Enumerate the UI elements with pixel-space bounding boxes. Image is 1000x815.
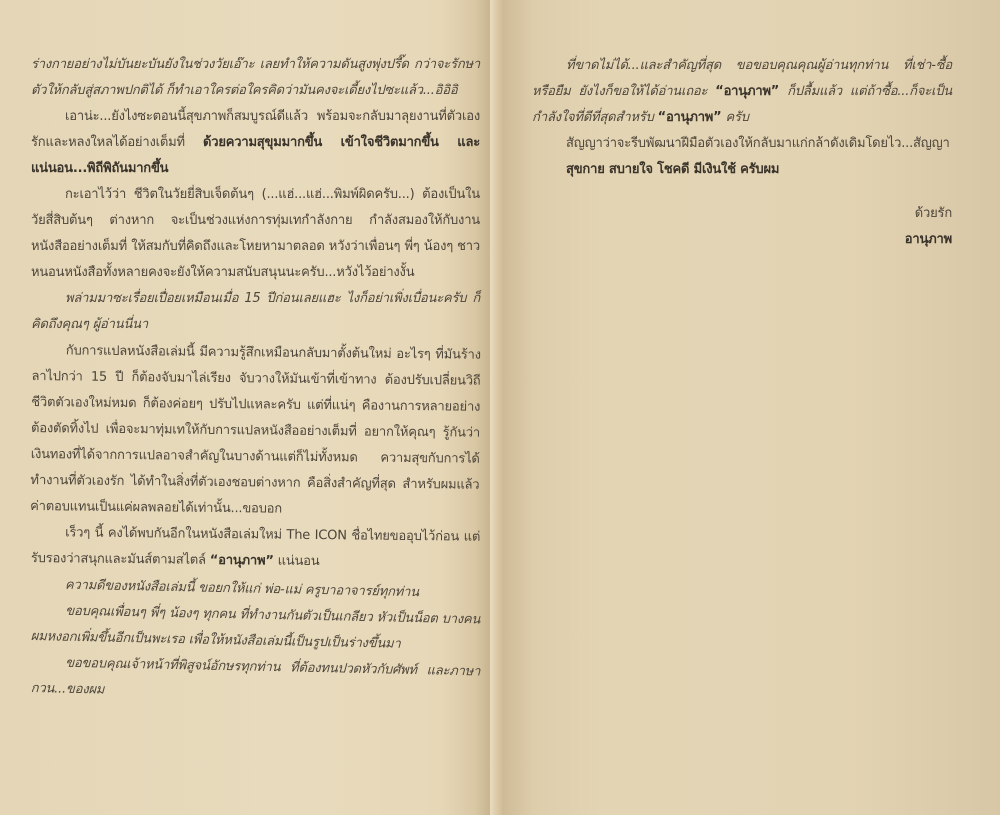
paragraph-text: แน่นอน	[274, 554, 320, 569]
paragraph: กะเอาไว้ว่า ชีวิตในวัยยี่สิบเจ็ดต้นๆ (..…	[31, 182, 480, 286]
paragraph: ขอขอบคุณเจ้าหน้าที่พิสูจน์อักษรทุกท่าน ท…	[30, 650, 480, 711]
paragraph-text: ครับ	[722, 110, 749, 125]
signature: อานุภาพ	[532, 227, 952, 253]
paragraph: ขอบคุณเพื่อนๆ พี่ๆ น้องๆ ทุกคน ที่ทำงานก…	[30, 598, 480, 659]
spacer	[532, 183, 952, 201]
author-name: “อานุภาพ”	[658, 110, 722, 125]
closing-line: ด้วยรัก	[532, 201, 952, 227]
paragraph: กับการแปลหนังสือเล่มนี้ มีความรู้สึกเหมื…	[30, 338, 481, 525]
right-page: ที่ขาดไม่ได้...และสำคัญที่สุด ขอขอบคุณคุ…	[504, 0, 1000, 815]
paragraph: ร่างกายอย่างไม่บันยะบันยังในช่วงวัยเอ๊าะ…	[31, 52, 480, 104]
paragraph: พล่ามมาซะเรื่อยเปื่อยเหมือนเมื่อ 15 ปีก่…	[31, 286, 480, 338]
closing-wish: สุขกาย สบายใจ โชคดี มีเงินใช้ ครับผม	[532, 157, 952, 183]
paragraph: สัญญาว่าจะรีบพัฒนาฝีมือตัวเองให้กลับมาแก…	[532, 131, 952, 157]
paragraph: เร็วๆ นี้ คงได้พบกันอีกในหนังสือเล่มใหม่…	[31, 520, 481, 577]
paragraph: ที่ขาดไม่ได้...และสำคัญที่สุด ขอขอบคุณคุ…	[532, 53, 952, 131]
author-name: “อานุภาพ”	[210, 553, 274, 569]
paragraph: เอาน่ะ...ยังไงซะตอนนี้สุขภาพก็สมบูรณ์ดีแ…	[31, 104, 480, 182]
left-page: ร่างกายอย่างไม่บันยะบันยังในช่วงวัยเอ๊าะ…	[0, 0, 490, 815]
page-gutter	[490, 0, 504, 815]
open-book: ร่างกายอย่างไม่บันยะบันยังในช่วงวัยเอ๊าะ…	[0, 0, 1000, 815]
author-name: “อานุภาพ”	[715, 84, 779, 99]
